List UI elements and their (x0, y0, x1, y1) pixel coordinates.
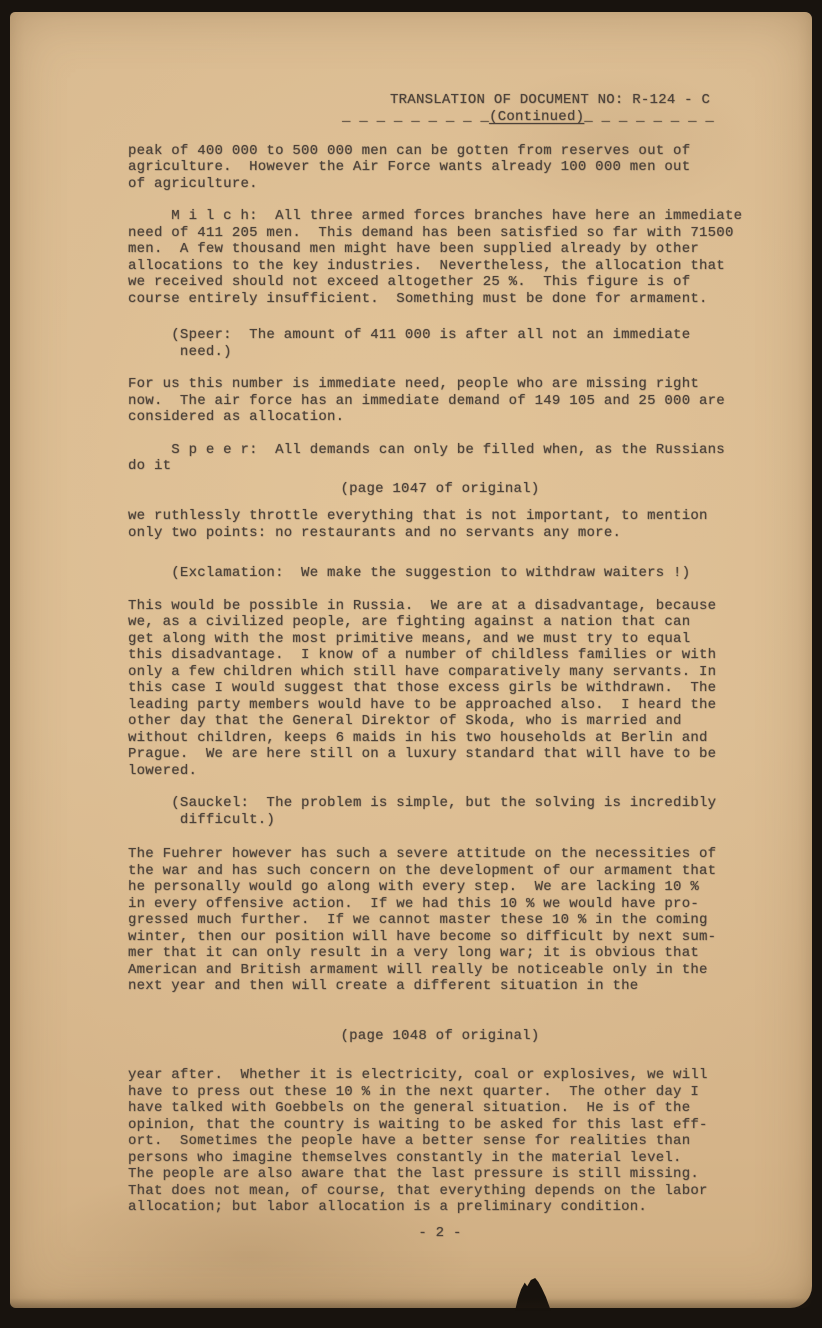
continued-line: _ _ _ _ _ _ _ _ _(Continued)_ _ _ _ _ _ … (342, 109, 752, 126)
paragraph: (Speer: The amount of 411 000 is after a… (128, 327, 752, 360)
paragraph: M i l c h: All three armed forces branch… (128, 208, 752, 307)
paragraph: we ruthlessly throttle everything that i… (128, 508, 752, 541)
continued-dashes-right: _ _ _ _ _ _ _ _ (584, 109, 714, 125)
typewritten-content: TRANSLATION OF DOCUMENT NO: R-124 - C _ … (128, 92, 752, 1241)
continued-dashes-left: _ _ _ _ _ _ _ _ _ (342, 109, 489, 125)
paragraph: This would be possible in Russia. We are… (128, 598, 752, 780)
document-body: peak of 400 000 to 500 000 men can be go… (128, 143, 752, 1216)
scan-background: { "scan": { "header": { "title": "TRANSL… (0, 0, 822, 1328)
document-page: TRANSLATION OF DOCUMENT NO: R-124 - C _ … (10, 12, 812, 1308)
paragraph: S p e e r: All demands can only be fille… (128, 442, 752, 475)
continued-label: (Continued) (489, 109, 584, 125)
paragraph: (page 1047 of original) (128, 481, 752, 498)
paragraph: The Fuehrer however has such a severe at… (128, 846, 752, 995)
paragraph: (Exclamation: We make the suggestion to … (128, 565, 752, 582)
paragraph: (page 1048 of original) (128, 1028, 752, 1045)
page-edge-shadow (10, 1298, 812, 1308)
document-title: TRANSLATION OF DOCUMENT NO: R-124 - C (390, 92, 752, 109)
paragraph: (Sauckel: The problem is simple, but the… (128, 795, 752, 828)
paragraph: year after. Whether it is electricity, c… (128, 1067, 752, 1216)
page-number: - 2 - (128, 1225, 752, 1242)
paragraph: For us this number is immediate need, pe… (128, 376, 752, 426)
paragraph: peak of 400 000 to 500 000 men can be go… (128, 143, 752, 193)
